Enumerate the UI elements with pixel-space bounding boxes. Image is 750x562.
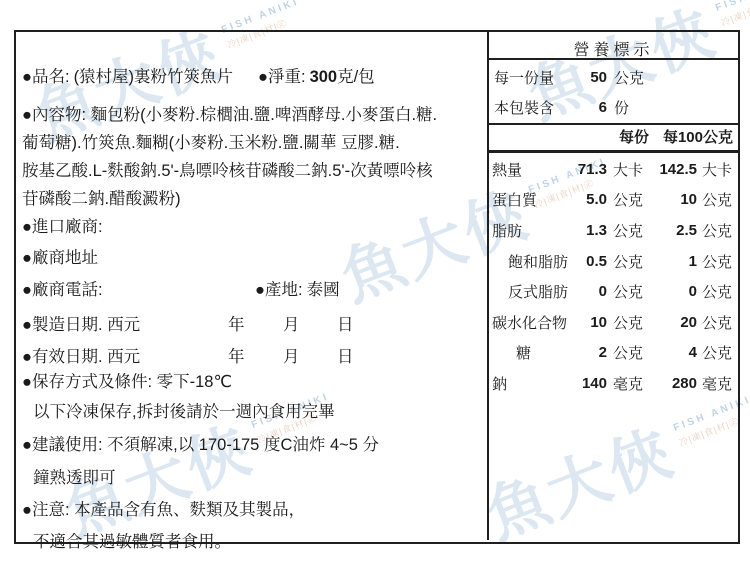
nutrient-name: 糖 [489, 342, 575, 363]
ingredients-line-4: 苷磷酸二鈉.醋酸澱粉) [22, 188, 181, 210]
nutrient-name: 脂肪 [489, 220, 575, 241]
per-100g-value: 20 [647, 314, 697, 331]
ingredients-line-3: 胺基乙酸.L-麩酸鈉.5'-鳥嘌呤核苷磷酸二鈉.5'-次黃嘌呤核 [22, 160, 433, 182]
manufacturer-phone-label: ●廠商電話: [22, 281, 103, 299]
divider-line [489, 58, 738, 60]
per-serving-value: 71.3 [575, 161, 607, 178]
net-weight-number: 300 [310, 68, 338, 86]
notice-line-2: 不適合其過敏體質者食用。 [33, 531, 231, 553]
net-weight-unit: 克/包 [337, 68, 375, 86]
per-100g-unit: 毫克 [697, 373, 732, 394]
net-weight-label: ●淨重: [258, 68, 306, 86]
month-char: 月 [283, 346, 300, 368]
nutrition-row: 鈉 140 毫克 280 毫克 [489, 368, 738, 399]
serving-size-unit: 公克 [607, 67, 644, 88]
year-char: 年 [228, 346, 245, 368]
serving-size-row: 每一份量 50 公克 [494, 67, 734, 87]
per-serving-unit: 毫克 [607, 373, 647, 394]
usage-line-2: 鐘熟透即可 [33, 467, 116, 489]
nutrition-row: 蛋白質 5.0 公克 10 公克 [489, 185, 738, 216]
storage-line-2: 以下冷凍保存,拆封後請於一週內食用完畢 [33, 401, 335, 423]
nutrient-name: 反式脂肪 [489, 281, 575, 302]
nutrition-row: 脂肪 1.3 公克 2.5 公克 [489, 215, 738, 246]
nutrient-name: 蛋白質 [489, 189, 575, 210]
nutrient-name: 鈉 [489, 373, 575, 394]
per-100g-unit: 公克 [697, 342, 732, 363]
expiry-date-label: ●有效日期. 西元 [22, 348, 140, 366]
manufacture-date-row: ●製造日期. 西元 年 月 日 [22, 314, 422, 336]
origin: ●產地:泰國 [255, 279, 340, 301]
per-serving-value: 140 [575, 375, 607, 392]
servings-value: 6 [574, 99, 607, 116]
per-100g-value: 10 [647, 191, 697, 208]
origin-value: 泰國 [307, 281, 340, 299]
divider-line [489, 123, 738, 125]
product-name-value: (猿村屋)裏粉竹筴魚片 [74, 68, 234, 86]
servings-unit: 份 [607, 97, 629, 118]
manufacture-date-label: ●製造日期. 西元 [22, 316, 140, 334]
per-100g-value: 0 [647, 283, 697, 300]
servings-label: 本包裝含 [494, 97, 574, 118]
per-serving-unit: 公克 [607, 312, 647, 333]
per-100g-unit: 公克 [697, 220, 732, 241]
nutrition-row: 糖 2 公克 4 公克 [489, 338, 738, 369]
manufacturer-address-label: ●廠商地址 [22, 247, 98, 269]
product-name-row: ●品名:(猿村屋)裏粉竹筴魚片 ●淨重:300克/包 [22, 66, 233, 88]
storage-line-1: ●保存方式及條件: 零下-18℃ [22, 371, 232, 393]
nutrition-title: 營養標示 [489, 37, 738, 60]
per-serving-unit: 公克 [607, 281, 647, 302]
per-100g-unit: 公克 [697, 281, 732, 302]
per-serving-value: 0.5 [575, 253, 607, 270]
day-char: 日 [337, 314, 354, 336]
product-name-label: ●品名: [22, 68, 70, 86]
per-serving-value: 2 [575, 344, 607, 361]
per-100g-value: 4 [647, 344, 697, 361]
origin-label: ●產地: [255, 281, 303, 299]
serving-size-label: 每一份量 [494, 67, 574, 88]
per-serving-unit: 公克 [607, 220, 647, 241]
nutrition-column-headers: 每份 每100公克 [489, 126, 738, 148]
serving-size-value: 50 [574, 69, 607, 86]
usage-line-1: ●建議使用: 不須解凍,以 170-175 度C油炸 4~5 分 [22, 434, 379, 456]
per-serving-unit: 大卡 [607, 159, 647, 180]
col-per-100g: 每100公克 [663, 126, 733, 147]
expiry-date-row: ●有效日期. 西元 年 月 日 [22, 346, 422, 368]
ingredients-line-1: ●內容物: 麵包粉(小麥粉.棕櫚油.鹽.啤酒酵母.小麥蛋白.糖. [22, 104, 437, 126]
net-weight: ●淨重:300克/包 [258, 66, 375, 88]
servings-per-pack-row: 本包裝含 6 份 [494, 97, 734, 117]
per-serving-value: 1.3 [575, 222, 607, 239]
per-100g-value: 2.5 [647, 222, 697, 239]
divider-line-thick [489, 150, 738, 153]
per-100g-unit: 公克 [697, 189, 732, 210]
notice-line-1: ●注意: 本產品含有魚、麩類及其製品， [22, 499, 305, 521]
nutrition-rows: 熱量 71.3 大卡 142.5 大卡 蛋白質 5.0 公克 10 公克 脂肪 … [489, 154, 738, 399]
per-100g-value: 280 [647, 375, 697, 392]
nutrition-row: 熱量 71.3 大卡 142.5 大卡 [489, 154, 738, 185]
nutrition-facts-panel: 營養標示 每一份量 50 公克 本包裝含 6 份 每份 每100公克 熱量 71… [487, 30, 738, 540]
nutrition-row: 反式脂肪 0 公克 0 公克 [489, 276, 738, 307]
per-100g-unit: 大卡 [697, 159, 732, 180]
year-char: 年 [228, 314, 245, 336]
day-char: 日 [337, 346, 354, 368]
per-serving-unit: 公克 [607, 189, 647, 210]
per-serving-unit: 公克 [607, 251, 647, 272]
per-100g-value: 142.5 [647, 161, 697, 178]
per-serving-value: 10 [575, 314, 607, 331]
per-serving-value: 5.0 [575, 191, 607, 208]
importer-label: ●進口廠商: [22, 216, 103, 238]
nutrient-name: 飽和脂肪 [489, 251, 575, 272]
col-per-serving: 每份 [619, 126, 649, 147]
ingredients-line-2: 葡萄糖).竹筴魚.麵糊(小麥粉.玉米粉.鹽.關華 豆膠.糖. [22, 132, 400, 154]
month-char: 月 [283, 314, 300, 336]
phone-origin-row: ●廠商電話: ●產地:泰國 [22, 279, 103, 301]
per-100g-unit: 公克 [697, 251, 732, 272]
per-serving-unit: 公克 [607, 342, 647, 363]
nutrient-name: 碳水化合物 [489, 312, 575, 333]
nutrition-row: 飽和脂肪 0.5 公克 1 公克 [489, 246, 738, 277]
per-100g-value: 1 [647, 253, 697, 270]
nutrient-name: 熱量 [489, 159, 575, 180]
watermark-tagline: FISH ANIKI 冷|凍|食|材|㊣ [714, 0, 750, 29]
nutrition-row: 碳水化合物 10 公克 20 公克 [489, 307, 738, 338]
per-serving-value: 0 [575, 283, 607, 300]
per-100g-unit: 公克 [697, 312, 732, 333]
product-info-section: ●品名:(猿村屋)裏粉竹筴魚片 ●淨重:300克/包 ●內容物: 麵包粉(小麥粉… [14, 30, 487, 540]
